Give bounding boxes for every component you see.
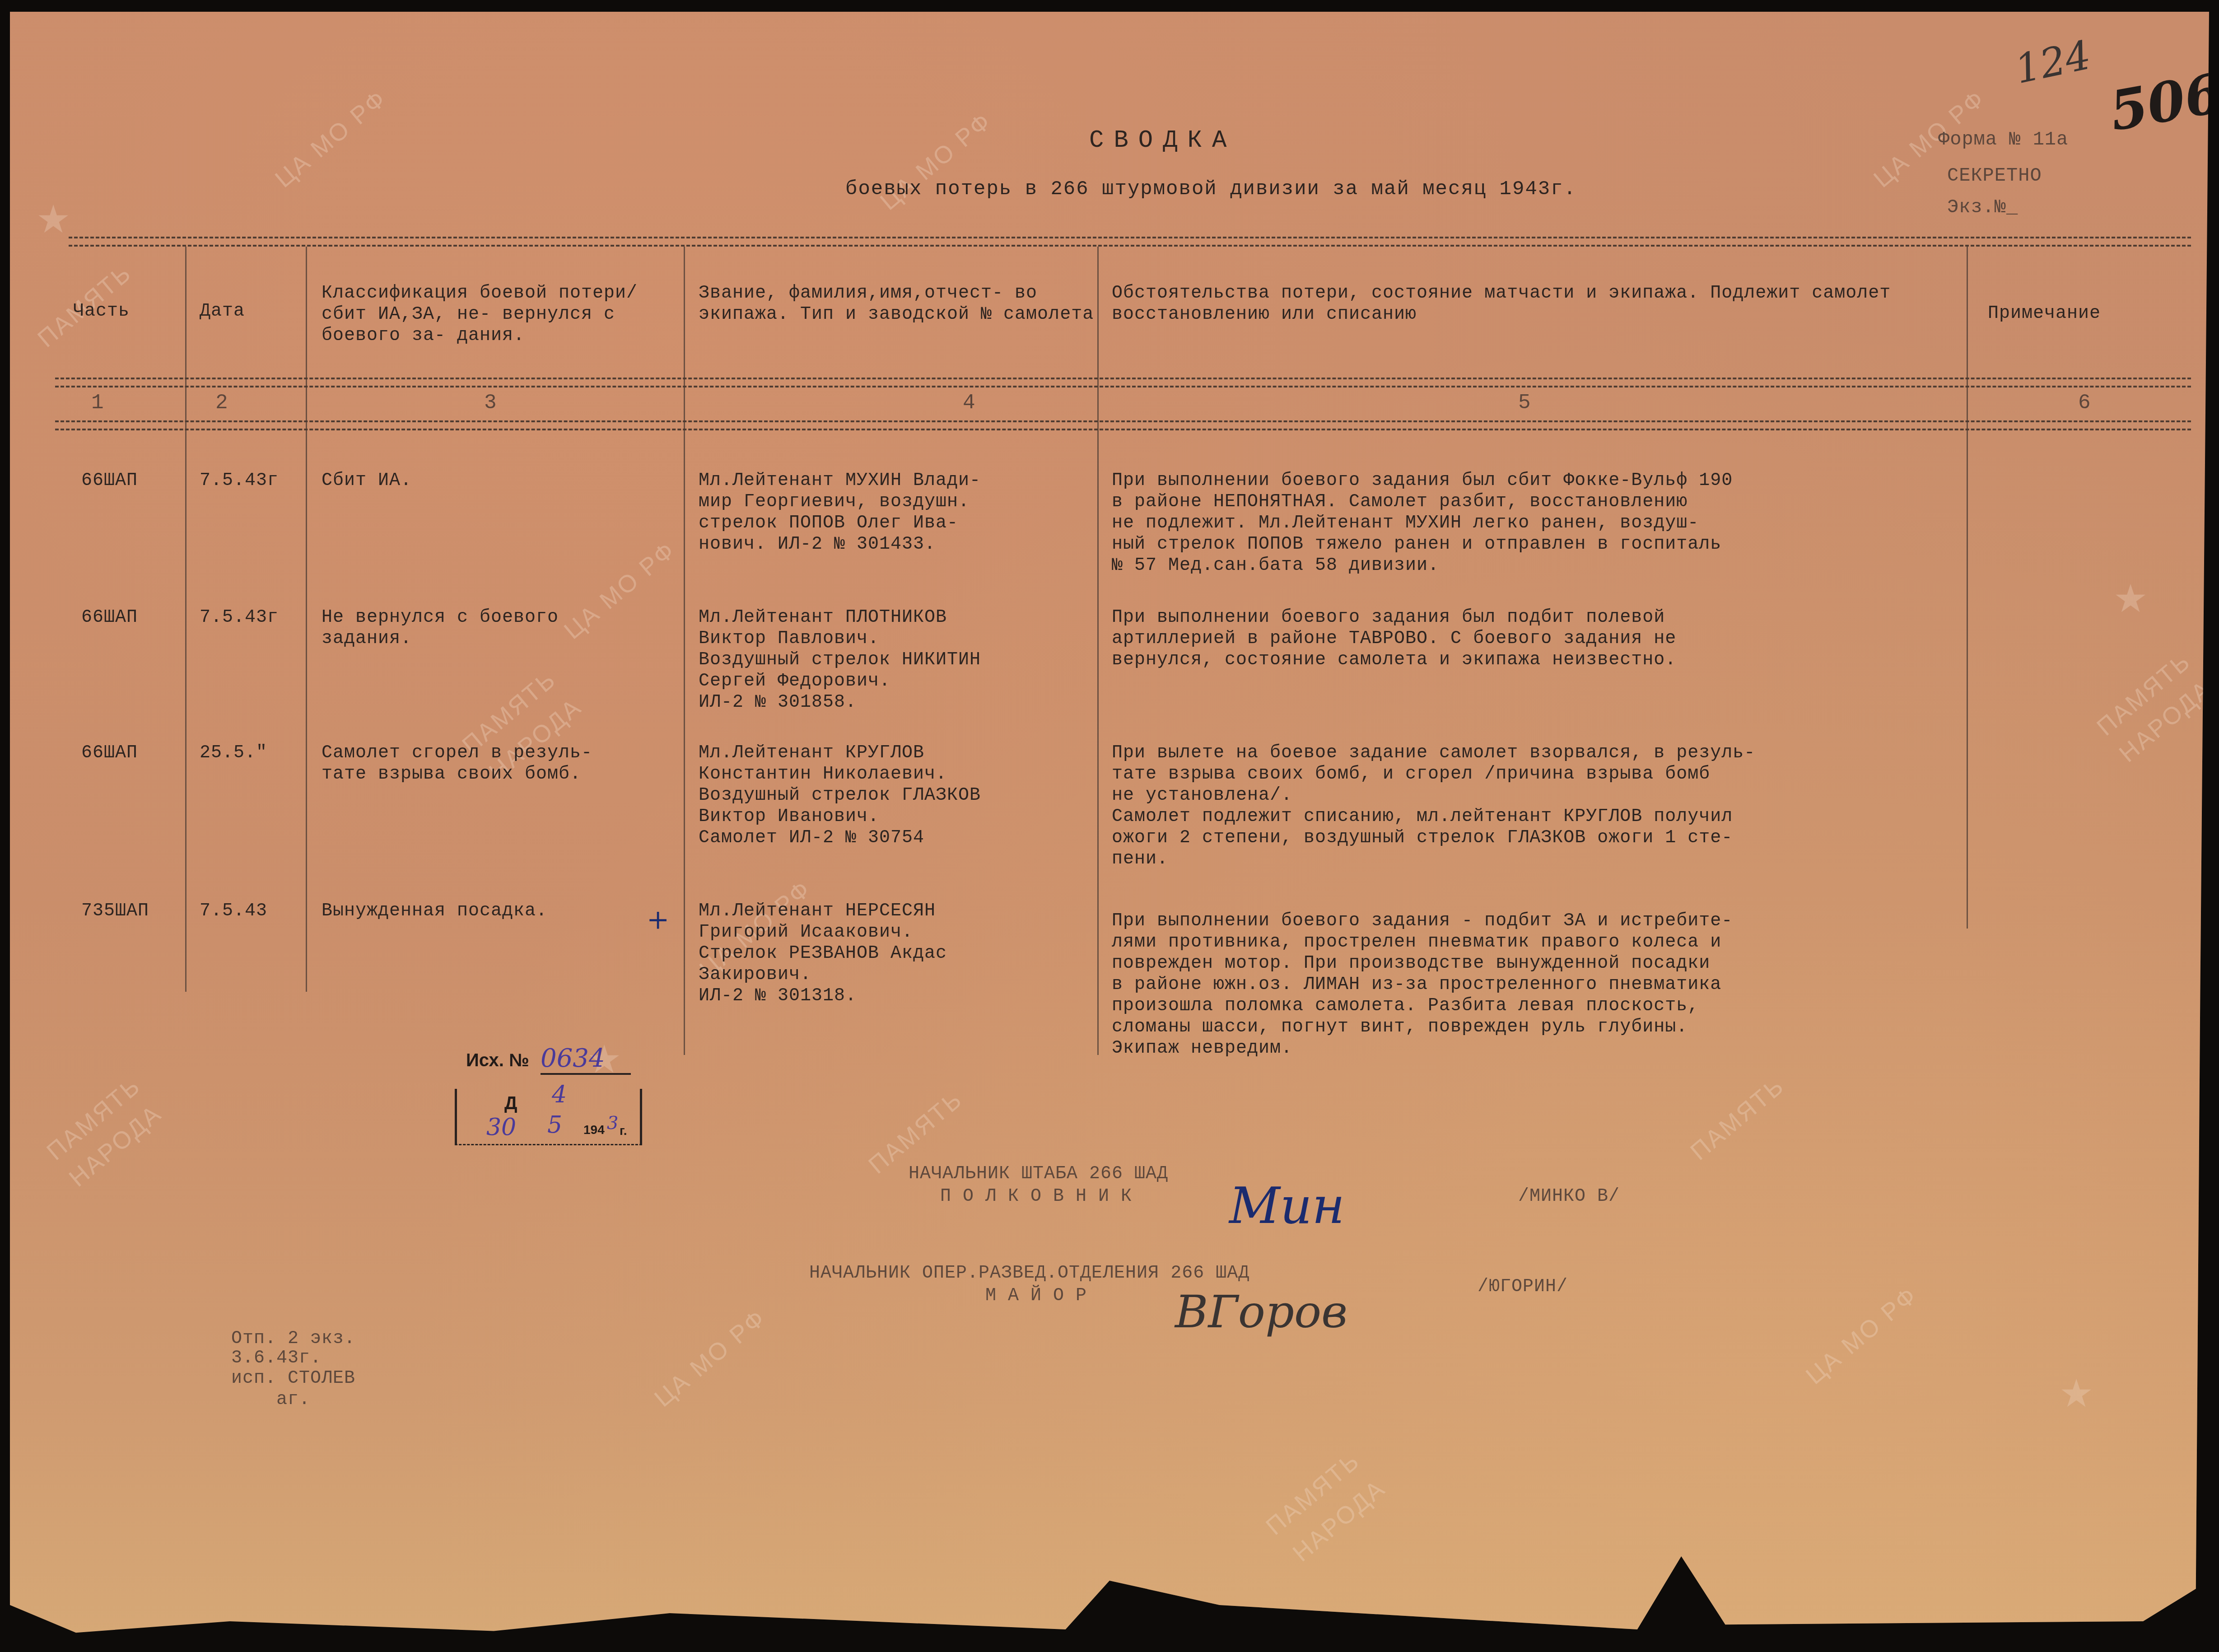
day-label: Д [504, 1093, 517, 1114]
signer-title: НАЧАЛЬНИК ОПЕР.РАЗВЕД.ОТДЕЛЕНИЯ 266 ШАД [809, 1263, 1249, 1284]
header-date: Дата [200, 301, 245, 322]
watermark-project: НАРОДА [64, 1099, 167, 1192]
watermark-project: ПАМЯТЬ [41, 1072, 146, 1166]
copies-note: Отп. 2 экз. [231, 1328, 355, 1349]
watermark-project: ПАМЯТЬ [2091, 647, 2196, 742]
outgoing-number: 0634 [541, 1044, 631, 1075]
row-date: 7.5.43г [200, 607, 279, 628]
header-classification: Классификация боевой потери/сбит ИА,ЗА, … [322, 283, 678, 346]
signer-name: /ЮГОРИН/ [1478, 1276, 1568, 1297]
watermark-project: НАРОДА [2114, 675, 2217, 768]
signature: ВГоров [1175, 1285, 1347, 1338]
row-circumstances: При выполнении боевого задания был подби… [1112, 607, 1676, 671]
column-divider [1967, 247, 1968, 929]
row-classification: Не вернулся с боевого задания. [322, 607, 559, 649]
row-classification: Самолет сгорел в резуль- тате взрыва сво… [322, 742, 592, 785]
date-note: 3.6.43г. [231, 1348, 322, 1369]
column-number: 1 [91, 391, 104, 415]
typist-note: аг. [276, 1389, 310, 1410]
column-divider [1097, 247, 1099, 1055]
header-circumstances: Обстоятельства потери, состояние матчаст… [1112, 283, 1947, 325]
column-divider [185, 247, 186, 992]
watermark-project: ПАМЯТЬ [1685, 1072, 1790, 1166]
document-page: ЦА МО РФ ЦА МО РФ ЦА МО РФ ЦА МО РФ ЦА М… [10, 12, 2209, 1638]
date-month: 5 [547, 1111, 562, 1139]
row-classification: Сбит ИА. [322, 470, 412, 491]
outgoing-number-label: Исх. № [466, 1050, 529, 1071]
year-unit: г. [620, 1124, 627, 1138]
row-crew: Мл.Лейтенант КРУГЛОВ Константин Николаев… [699, 742, 981, 849]
form-label: Форма № 11а [1938, 129, 2068, 150]
header-bottom-rule [55, 378, 2191, 387]
signer-rank: П О Л К О В Н И К [940, 1186, 1132, 1207]
column-numbers-rule [55, 420, 2191, 430]
header-note: Примечание [1988, 303, 2101, 324]
signer-rank: М А Й О Р [985, 1285, 1087, 1307]
row-unit: 66ШАП [81, 607, 138, 628]
year-suffix: 3 [607, 1113, 618, 1134]
executor-note: исп. СТОЛЕВ [231, 1368, 355, 1389]
signature: Мин [1229, 1177, 1345, 1235]
date-day: 30 [486, 1114, 516, 1141]
signer-name: /МИНКО В/ [1518, 1186, 1620, 1207]
column-number: 5 [1518, 391, 1531, 415]
watermark-archive: ЦА МО РФ [649, 1303, 771, 1412]
year-prefix: 194 [583, 1123, 605, 1137]
row-unit: 66ШАП [81, 470, 138, 491]
copy-number-label: Экз.№_ [1947, 197, 2018, 218]
column-number: 4 [963, 391, 975, 415]
header-crew: Звание, фамилия,имя,отчест- во экипажа. … [699, 283, 1096, 325]
row-circumstances: При выполнении боевого задания - подбит … [1112, 910, 1733, 1059]
row-crew: Мл.Лейтенант МУХИН Влади- мир Георгиевич… [699, 470, 981, 555]
row-circumstances: При вылете на боевое задание самолет взо… [1112, 742, 1755, 870]
archive-number-pencil: 124 [2011, 32, 2095, 93]
watermark-archive: ЦА МО РФ [270, 84, 392, 193]
signer-title: НАЧАЛЬНИК ШТАБА 266 ШАД [909, 1163, 1168, 1185]
row-crew: Мл.Лейтенант ПЛОТНИКОВ Виктор Павлович. … [699, 607, 981, 713]
watermark-archive: ЦА МО РФ [559, 536, 681, 644]
row-crew: Мл.Лейтенант НЕРСЕСЯН Григорий Исаакович… [699, 901, 947, 1007]
row-unit: 66ШАП [81, 742, 138, 764]
document-subtitle: боевых потерь в 266 штурмовой дивизии за… [845, 179, 1576, 200]
watermark-archive: ЦА МО РФ [1800, 1281, 1923, 1390]
table-top-rule [69, 237, 2191, 247]
row-circumstances: При выполнении боевого задания был сбит … [1112, 470, 1733, 576]
column-divider [684, 247, 685, 1055]
row-date: 7.5.43г [200, 470, 279, 491]
star-watermark-icon: ★ [2060, 1358, 2093, 1424]
watermark-project: НАРОДА [1287, 1474, 1391, 1567]
row-date: 7.5.43 [200, 901, 267, 922]
column-number: 2 [215, 391, 228, 415]
star-watermark-icon: ★ [37, 183, 70, 250]
archive-number-ink: 506 [2105, 61, 2219, 143]
row-classification: Вынужденная посадка. [322, 901, 547, 922]
document-title: СВОДКА [1089, 130, 1236, 151]
column-divider [306, 247, 307, 992]
header-unit: Часть [73, 301, 130, 322]
column-number: 3 [484, 391, 497, 415]
watermark-project: ПАМЯТЬ [1260, 1447, 1365, 1541]
column-number: 6 [2078, 391, 2091, 415]
row-date: 25.5." [200, 742, 267, 764]
row-unit: 735ШАП [81, 901, 149, 922]
secrecy-label: СЕКРЕТНО [1947, 165, 2042, 187]
hand-mark: + [647, 904, 669, 935]
day-value: 4 [552, 1081, 567, 1108]
star-watermark-icon: ★ [2114, 563, 2147, 629]
